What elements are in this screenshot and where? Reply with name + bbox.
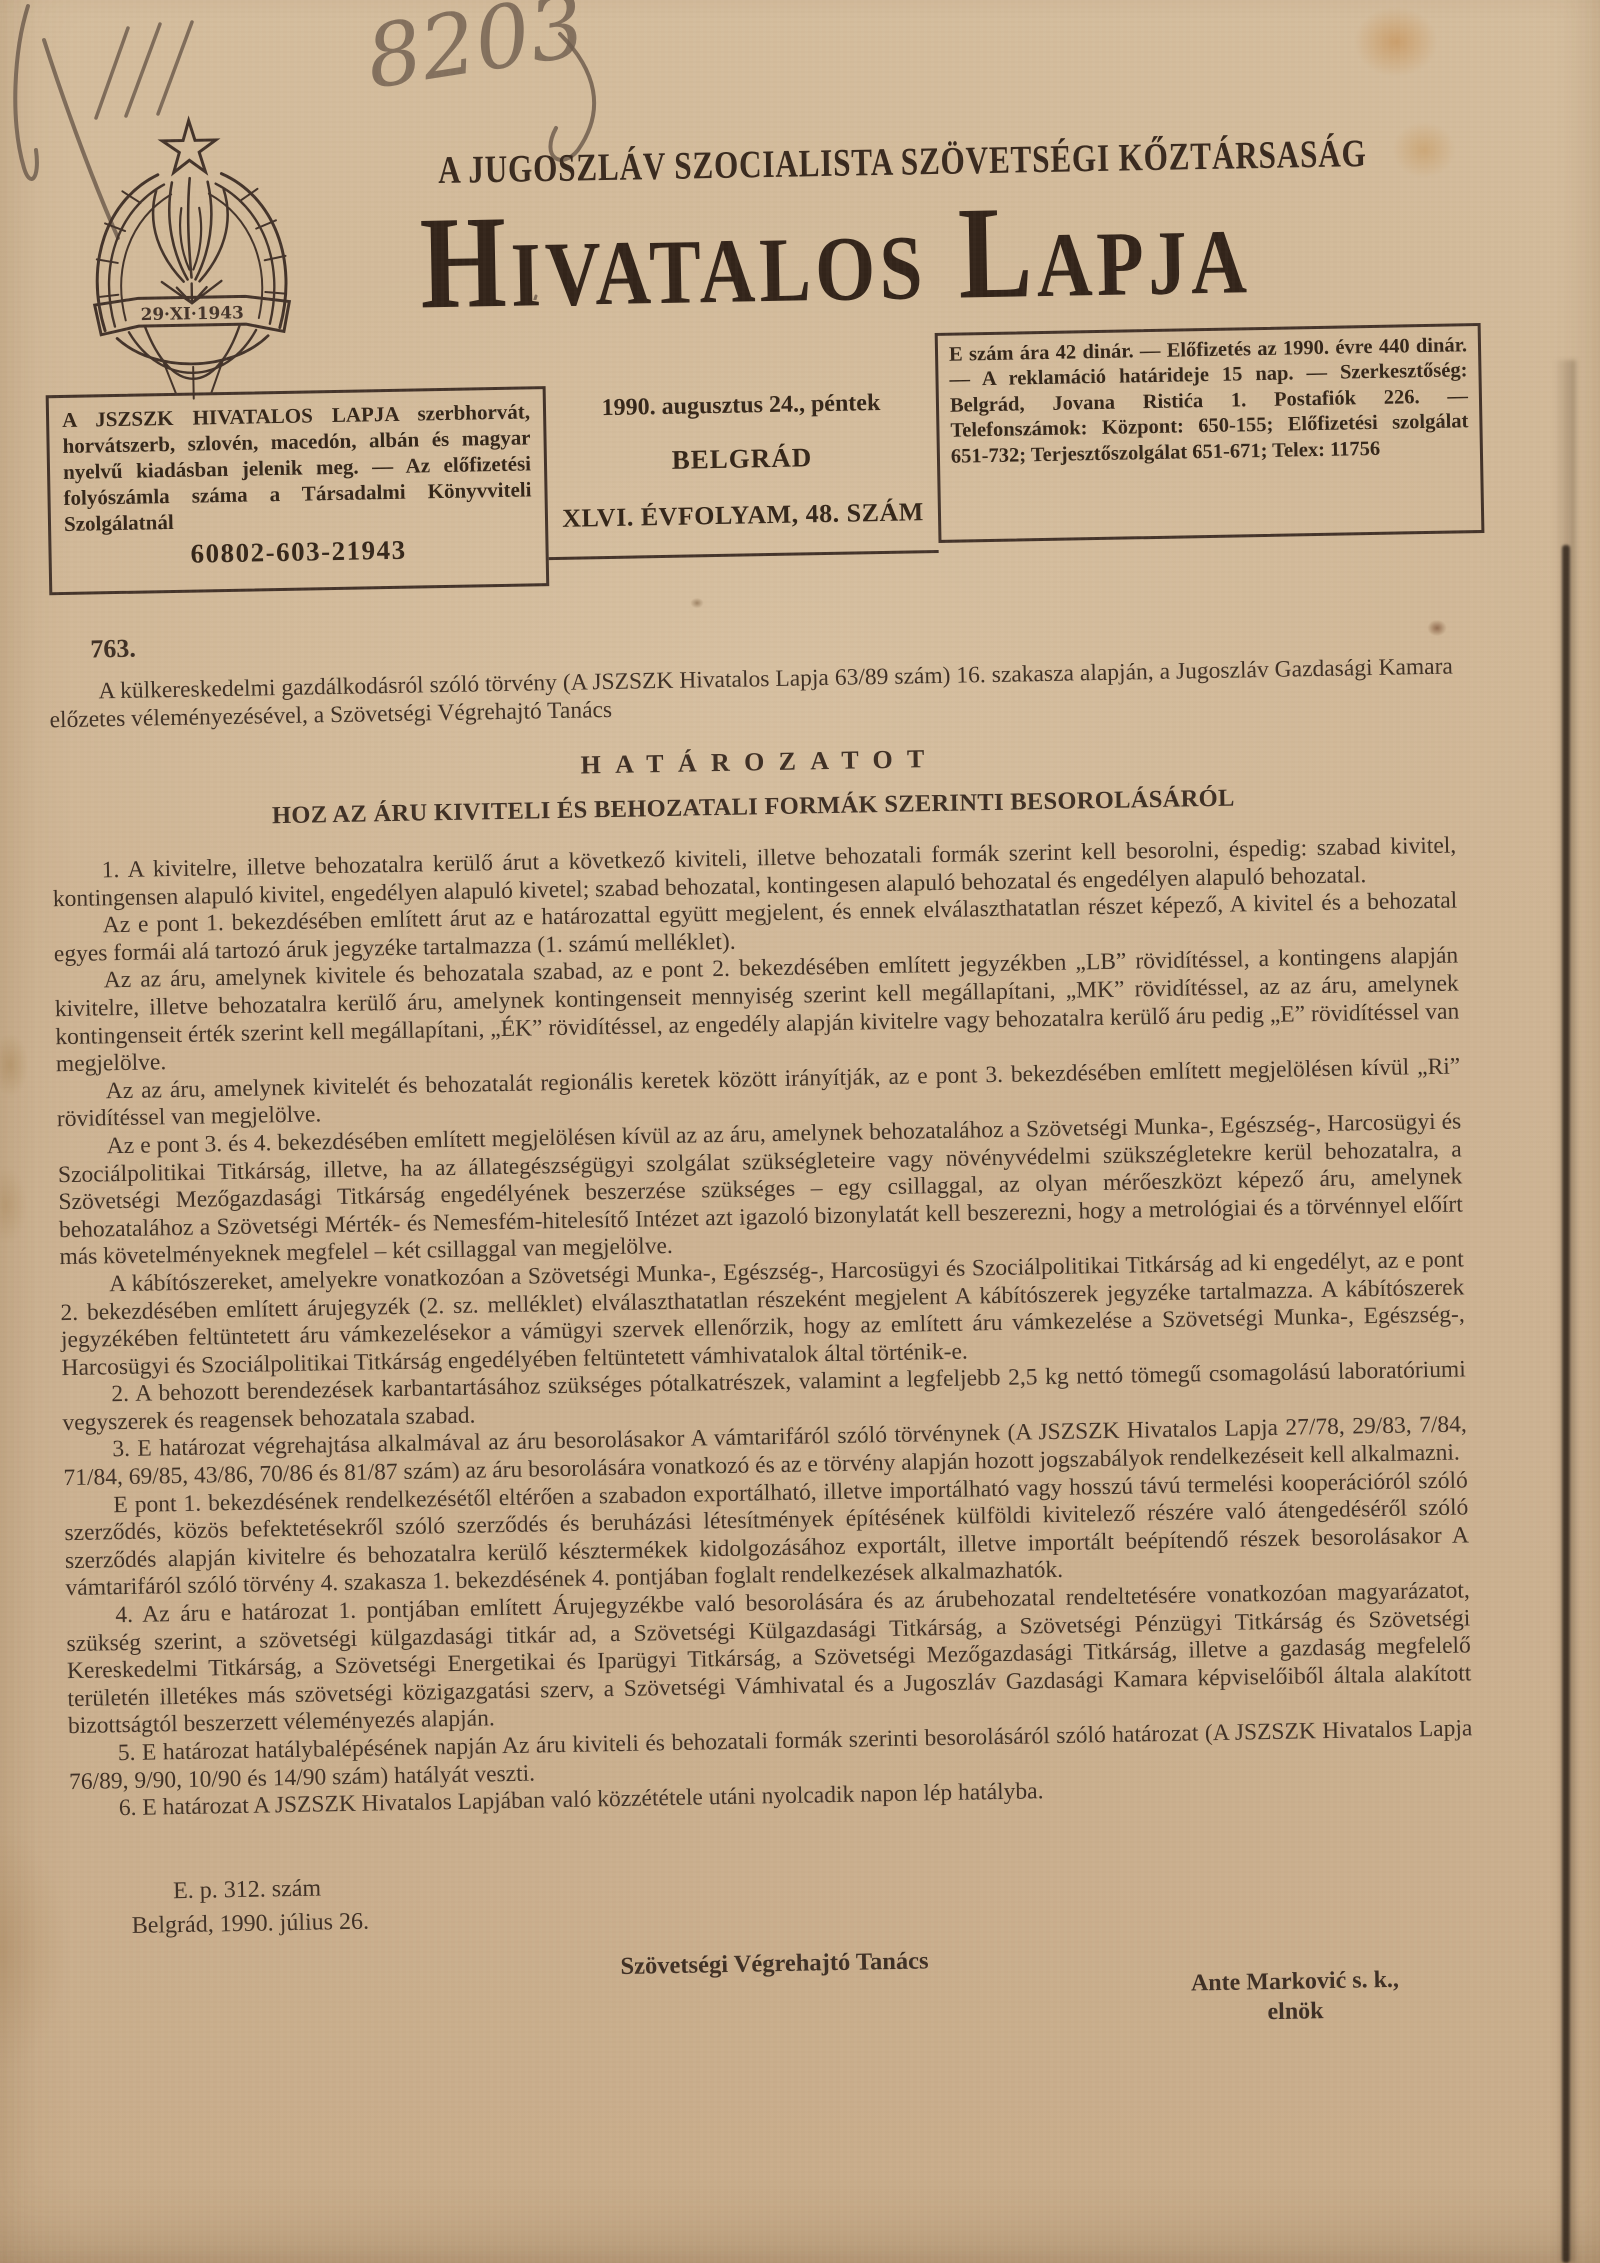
pen-check-mark xyxy=(15,6,37,179)
torch-sticks xyxy=(162,281,222,304)
article-paragraph: 4. Az áru e határozat 1. pontjában említ… xyxy=(66,1577,1472,1741)
article-number: 763. xyxy=(90,610,1452,665)
gazette-title: Hivatalos Lapja xyxy=(419,182,1249,329)
article-intro: A külkereskedelmi gazdálkodásról szóló t… xyxy=(49,654,1454,735)
signatory-title: elnök xyxy=(1191,1995,1399,2029)
issue-city: BELGRÁD xyxy=(671,442,812,476)
torch-flames xyxy=(152,177,228,282)
signature-row: Szövetségi Végrehajtó Tanács Ante Markov… xyxy=(72,1937,1478,2093)
article-763: 763. A külkereskedelmi gazdálkodásról sz… xyxy=(48,610,1478,2093)
page-edge-line xyxy=(1562,545,1570,2263)
signatory-name: Ante Marković s. k., xyxy=(1191,1965,1399,1999)
article-paragraph: Az e pont 3. és 4. bekezdésében említett… xyxy=(57,1108,1463,1272)
scanned-page: 8203 xyxy=(0,0,1600,2263)
star-icon xyxy=(162,120,217,173)
price-contact-text: E szám ára 42 dinár. — Előfizetés az 199… xyxy=(949,334,1469,467)
ribbon-date-text: 29·XI·1943 xyxy=(140,302,244,324)
article-footer: E. p. 312. szám Belgrád, 1990. július 26… xyxy=(71,1854,1479,2093)
publication-languages-box: A JSZSZK HIVATALOS LAPJA szerbhorvát, ho… xyxy=(46,386,550,595)
signatory-block: Ante Marković s. k., elnök xyxy=(1191,1965,1400,2029)
issue-volume: XLVI. ÉVFOLYAM, 48. SZÁM xyxy=(562,497,924,534)
article-paragraphs: 1. A kivitelre, illetve behozatalra kerü… xyxy=(52,833,1473,1824)
issue-date: 1990. augusztus 24., péntek xyxy=(601,390,880,422)
decision-title: HATÁROZATOT xyxy=(50,735,1454,791)
publication-info-row: A JSZSZK HIVATALOS LAPJA szerbhorvát, ho… xyxy=(43,331,1492,601)
issue-date-box: 1990. augusztus 24., péntek BELGRÁD XLVI… xyxy=(545,341,939,560)
publication-languages-text: A JSZSZK HIVATALOS LAPJA szerbhorvát, ho… xyxy=(62,399,532,536)
decision-subtitle: HOZ AZ ÁRU KIVITELI ÉS BEHOZATALI FORMÁK… xyxy=(51,781,1455,835)
price-contact-box: E szám ára 42 dinár. — Előfizetés az 199… xyxy=(935,323,1485,543)
account-number: 60802-603-21943 xyxy=(64,532,533,574)
page-content: 29·XI·1943 A JUGOSZLÁV SZOCIALISTA SZÖVE… xyxy=(38,73,1519,2093)
